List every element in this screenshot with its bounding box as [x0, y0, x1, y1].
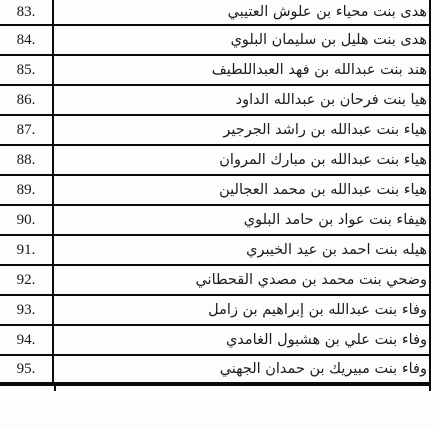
- row-number-cell: 93.: [0, 296, 54, 324]
- table-row: 93.وفاء بنت عبدالله بن إبراهيم بن زامل: [0, 296, 429, 326]
- table-row: 84.هدى بنت هليل بن سليمان البلوي: [0, 26, 429, 56]
- right-border-stub: [429, 386, 431, 391]
- row-number-cell: 90.: [0, 206, 54, 234]
- person-name-cell: هياء بنت عبدالله بن محمد العجالين: [54, 176, 429, 204]
- person-name-cell: وفاء بنت مبيريك بن حمدان الجهني: [54, 356, 429, 382]
- table-row: 89.هياء بنت عبدالله بن محمد العجالين: [0, 176, 429, 206]
- table-row: 92.وضحي بنت محمد بن مصدي القحطاني: [0, 266, 429, 296]
- person-name-cell: وفاء بنت عبدالله بن إبراهيم بن زامل: [54, 296, 429, 324]
- row-number-cell: 88.: [0, 146, 54, 174]
- table-row: 83.هدى بنت محياء بن علوش العتيبي: [0, 0, 429, 26]
- row-number-cell: 92.: [0, 266, 54, 294]
- person-name-cell: هياء بنت عبدالله بن راشد الجرجير: [54, 116, 429, 144]
- row-number-cell: 89.: [0, 176, 54, 204]
- person-name-cell: هند بنت عبدالله بن فهد العبداللطيف: [54, 56, 429, 84]
- row-number-cell: 83.: [0, 0, 54, 24]
- person-name-cell: هيفاء بنت عواد بن حامد البلوي: [54, 206, 429, 234]
- table-row: 95.وفاء بنت مبيريك بن حمدان الجهني: [0, 356, 429, 382]
- row-number-cell: 85.: [0, 56, 54, 84]
- person-name-cell: هياء بنت عبدالله بن مبارك المروان: [54, 146, 429, 174]
- document-page: 83.هدى بنت محياء بن علوش العتيبي84.هدى ب…: [0, 0, 438, 428]
- row-number-cell: 91.: [0, 236, 54, 264]
- table-row: 88.هياء بنت عبدالله بن مبارك المروان: [0, 146, 429, 176]
- table-row: 87.هياء بنت عبدالله بن راشد الجرجير: [0, 116, 429, 146]
- row-number-cell: 95.: [0, 356, 54, 382]
- person-name-cell: هدى بنت هليل بن سليمان البلوي: [54, 26, 429, 54]
- row-number-cell: 84.: [0, 26, 54, 54]
- table-row: 94.وفاء بنت علي بن هشبول الغامدي: [0, 326, 429, 356]
- person-name-cell: هيله بنت احمد بن عيد الخيبري: [54, 236, 429, 264]
- row-number-cell: 94.: [0, 326, 54, 354]
- names-roster-table: 83.هدى بنت محياء بن علوش العتيبي84.هدى ب…: [0, 0, 431, 386]
- person-name-cell: هدى بنت محياء بن علوش العتيبي: [54, 0, 429, 24]
- row-number-cell: 86.: [0, 86, 54, 114]
- person-name-cell: هيا بنت فرحان بن عبدالله الداود: [54, 86, 429, 114]
- person-name-cell: وضحي بنت محمد بن مصدي القحطاني: [54, 266, 429, 294]
- person-name-cell: وفاء بنت علي بن هشبول الغامدي: [54, 326, 429, 354]
- table-row: 91.هيله بنت احمد بن عيد الخيبري: [0, 236, 429, 266]
- column-divider-stub: [54, 386, 56, 391]
- table-row: 85.هند بنت عبدالله بن فهد العبداللطيف: [0, 56, 429, 86]
- row-number-cell: 87.: [0, 116, 54, 144]
- table-row: 90.هيفاء بنت عواد بن حامد البلوي: [0, 206, 429, 236]
- table-row: 86.هيا بنت فرحان بن عبدالله الداود: [0, 86, 429, 116]
